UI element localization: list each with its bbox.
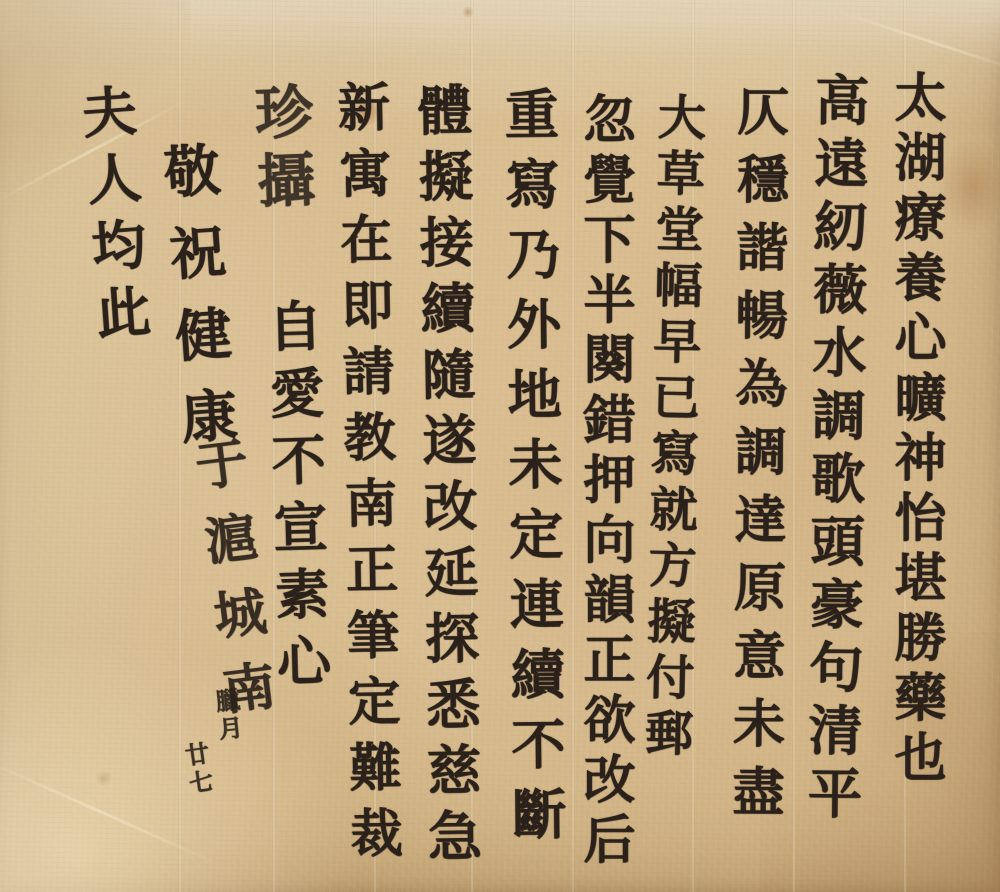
calligraphy-column-8: 新寓在即請教南正筆定難裁 — [332, 80, 398, 873]
paper-crease — [792, 0, 796, 892]
calligraphy-letter-photo: 太湖療養心曠神怡堪勝藥也 高遠紉薇水調歌頭豪句清平 仄穩諧暢為調達原意未盡 大草… — [0, 0, 1000, 892]
calligraphy-column-7: 體擬接續隨遂改延探悉慈急 — [413, 82, 478, 875]
date-inscription-day: 廿七 — [181, 740, 213, 799]
calligraphy-column-12-salutation: 夫人均此 — [76, 82, 149, 353]
calligraphy-column-1: 太湖療養心曠神怡堪勝藥也 — [889, 70, 941, 790]
calligraphy-column-6: 重寫乃外地未定連續不斷 — [500, 86, 562, 857]
corner-shadow-bottom-right — [760, 632, 1000, 892]
calligraphy-column-4: 大草堂幅早已寫就方擬付郵 — [640, 91, 702, 764]
paper-crease-diagonal — [834, 9, 1000, 74]
calligraphy-column-9-upper: 珍攝 — [249, 81, 312, 219]
calligraphy-column-2: 高遠紉薇水調歌頭豪句清平 — [803, 72, 865, 829]
paper-stain — [96, 770, 112, 786]
calligraphy-column-5: 忽覺下半闋錯押向韻正欲改后 — [578, 92, 630, 872]
calligraphy-column-9-lower: 自愛不宣素心 — [263, 297, 328, 700]
calligraphy-column-10-salutation: 敬祝健康 — [157, 140, 236, 471]
paper-stain — [938, 138, 1000, 234]
calligraphy-column-3: 仄穩諧暢為調達原意未盡 — [727, 84, 784, 832]
date-inscription-month: 臘月 — [212, 687, 242, 745]
